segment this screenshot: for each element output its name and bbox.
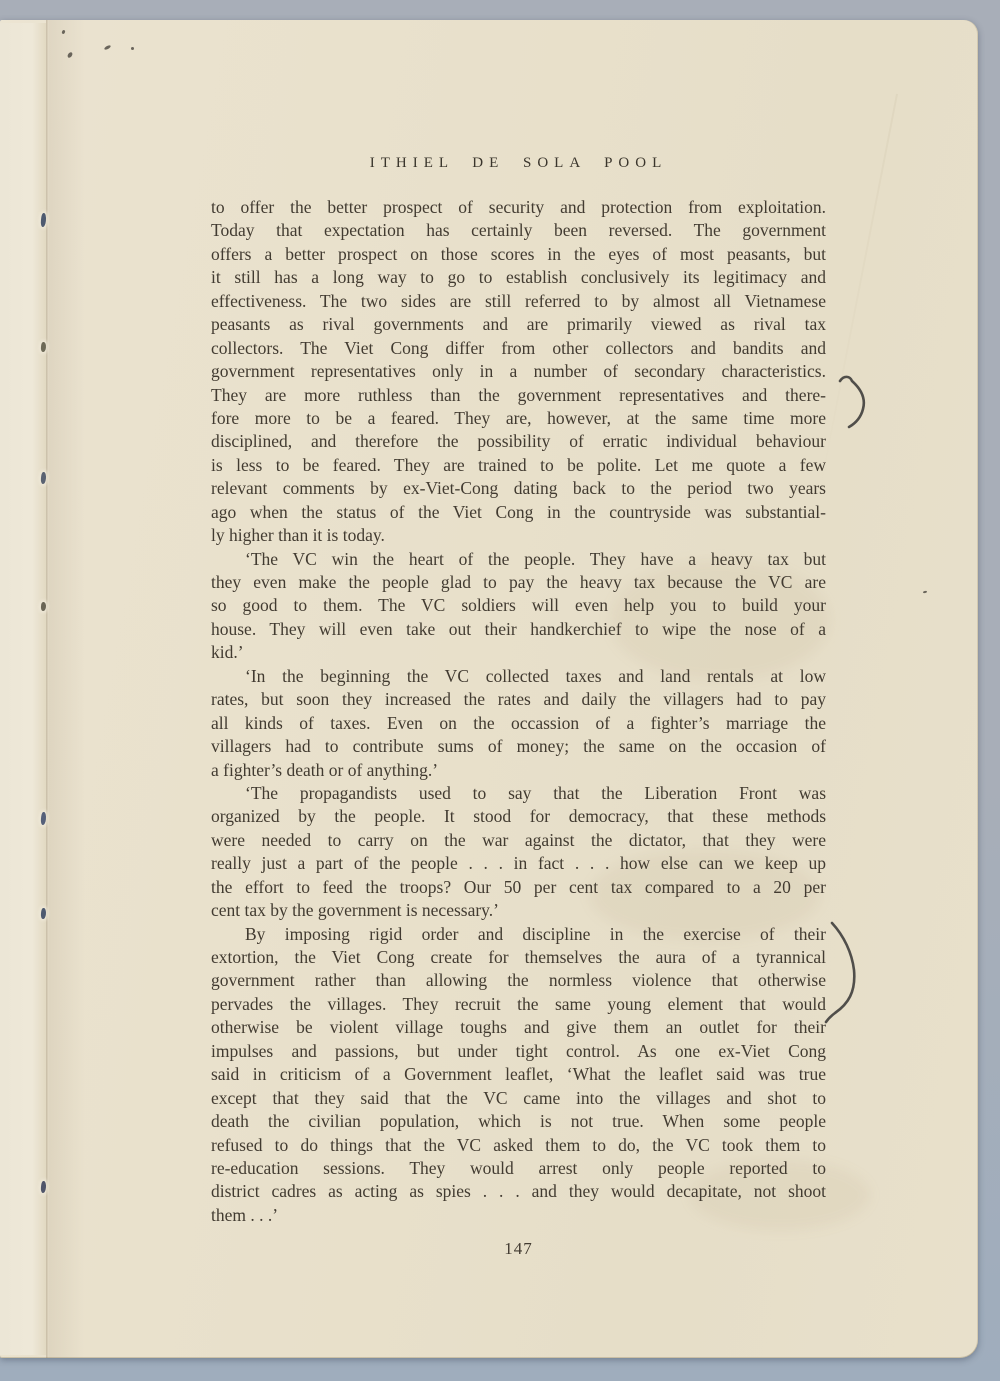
text-line: ‘The VC win the heart of the people. The… (211, 548, 826, 571)
text-line: extortion, the Viet Cong create for them… (211, 946, 826, 969)
text-line: to offer the better prospect of security… (211, 196, 826, 219)
text-line: all kinds of taxes. Even on the occassio… (211, 712, 826, 735)
text-line: were needed to carry on the war against … (211, 829, 826, 852)
text-line: ‘The propagandists used to say that the … (211, 782, 826, 805)
text-line: government representatives only in a num… (211, 360, 826, 383)
text-line: it still has a long way to go to establi… (211, 266, 826, 289)
ink-speck (104, 45, 112, 51)
gutter-shadow (49, 20, 85, 1358)
text-block: to offer the better prospect of security… (211, 196, 826, 1227)
text-line: By imposing rigid order and discipline i… (211, 923, 826, 946)
text-line: re-education sessions. They would arrest… (211, 1157, 826, 1180)
text-line: peasants as rival governments and are pr… (211, 313, 826, 336)
text-line: a fighter’s death or of anything.’ (211, 759, 826, 782)
photo-background: ITHIEL DE SOLA POOL to offer the better … (0, 0, 1000, 1381)
text-line: offers a better prospect on those scores… (211, 243, 826, 266)
text-line: government rather than allowing the norm… (211, 969, 826, 992)
text-line: they even make the people glad to pay th… (211, 571, 826, 594)
page-number: 147 (211, 1239, 826, 1259)
text-line: ly higher than it is today. (211, 524, 826, 547)
text-line: pervades the villages. They recruit the … (211, 993, 826, 1016)
text-line: villagers had to contribute sums of mone… (211, 735, 826, 758)
running-header: ITHIEL DE SOLA POOL (211, 152, 826, 174)
text-line: disciplined, and therefore the possibili… (211, 430, 826, 453)
text-line: said in criticism of a Government leafle… (211, 1063, 826, 1086)
text-line: cent tax by the government is necessary.… (211, 899, 826, 922)
paper-crease (814, 94, 898, 516)
text-line: relevant comments by ex-Viet-Cong dating… (211, 477, 826, 500)
text-line: impulses and passions, but under tight c… (211, 1040, 826, 1063)
text-line: ‘In the beginning the VC collected taxes… (211, 665, 826, 688)
text-line: Today that expectation has certainly bee… (211, 219, 826, 242)
page-edge-strip (0, 23, 46, 1355)
text-line: rates, but soon they increased the rates… (211, 688, 826, 711)
text-line: really just a part of the people . . . i… (211, 852, 826, 875)
text-line: collectors. The Viet Cong differ from ot… (211, 337, 826, 360)
text-line: except that they said that the VC came i… (211, 1087, 826, 1110)
text-line: house. They will even take out their han… (211, 618, 826, 641)
text-line: refused to do things that the VC asked t… (211, 1134, 826, 1157)
text-line: fore more to be a feared. They are, howe… (211, 407, 826, 430)
text-line: ago when the status of the Viet Cong in … (211, 501, 826, 524)
text-line: death the civilian population, which is … (211, 1110, 826, 1133)
text-line: district cadres as acting as spies . . .… (211, 1180, 826, 1203)
text-line: so good to them. The VC soldiers will ev… (211, 594, 826, 617)
text-line: organized by the people. It stood for de… (211, 805, 826, 828)
text-line: otherwise be violent village toughs and … (211, 1016, 826, 1039)
book-page: ITHIEL DE SOLA POOL to offer the better … (0, 20, 978, 1358)
text-line: effectiveness. The two sides are still r… (211, 290, 826, 313)
text-line: kid.’ (211, 641, 826, 664)
text-line: is less to be feared. They are trained t… (211, 454, 826, 477)
text-line: They are more ruthless than the governme… (211, 384, 826, 407)
text-line: the effort to feed the troops? Our 50 pe… (211, 876, 826, 899)
ink-speck (923, 591, 927, 594)
ink-speck (131, 47, 134, 50)
text-line: them . . .’ (211, 1204, 826, 1227)
